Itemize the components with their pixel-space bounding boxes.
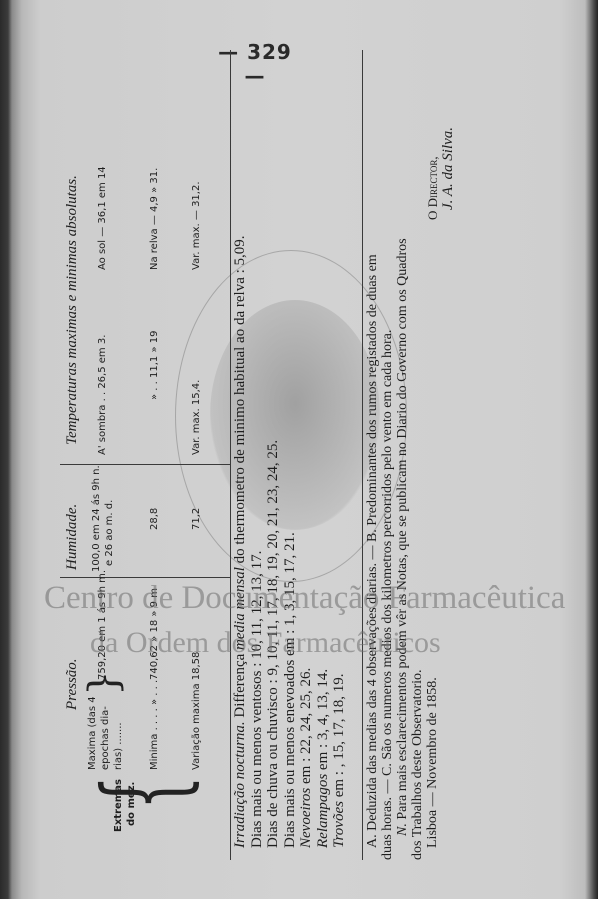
header-pressao: Pressão. (64, 658, 81, 710)
note-trabalhos: dos Trabalhos deste Observatorio. (410, 50, 425, 860)
maxima-temp-sombra: A' sombra . . 26,5 em 3. (96, 335, 109, 455)
outer-brace: { (88, 775, 198, 810)
signature-name: J. A. da Silva. (441, 127, 456, 210)
note-a-b: A. Deduzida das medias das 4 observações… (365, 50, 380, 860)
cloudy-days-line: Dias mais ou menos enevoados em : 1, 3, … (282, 50, 299, 860)
maxima-label: Maxima (das 4 epochas dia- rias) ....... (86, 696, 125, 770)
table-bottom-rule (230, 50, 231, 860)
column-divider-2 (60, 464, 230, 465)
scanned-page: — 329 — Pressão. Humidade. Temperaturas … (0, 0, 598, 899)
notes-section: A. Deduzida das medias das 4 observações… (365, 50, 480, 860)
fog-line: Nevoeiros em : 22, 24, 25, 26. (298, 50, 315, 860)
rain-days-line: Dias de chuva ou chuvisco : 9, 10, 11, 1… (265, 50, 282, 860)
meteorological-table: Pressão. Humidade. Temperaturas maximas … (60, 50, 230, 860)
maxima-temp-sol: Ao sol — 36,1 em 14 (96, 166, 109, 270)
header-humidade: Humidade. (64, 504, 81, 570)
header-temperaturas: Temperaturas maximas e minimas absolutas… (64, 175, 81, 445)
windy-days-line: Dias mais ou menos ventosos : 10, 11, 12… (249, 50, 266, 860)
minima-temp-relva: Na relva — 4,9 » 31. (148, 168, 161, 270)
note-n: N. Para mais esclarecimentos podem vêr a… (395, 50, 410, 860)
thunder-line: Trovões em : , 15, 17, 18, 19. (331, 50, 348, 860)
signature-title: O Director, (425, 156, 440, 220)
maxima-humidade: 100,0 em 24 ás 9h n. e 26 ao m. d. (90, 465, 116, 572)
minima-temp-sombra: » . . 11,1 » 19 (148, 331, 161, 400)
variacao-temp-sombra: Var. max. 15,4. (190, 380, 203, 455)
note-c: duas horas. — C. São os numeros medios d… (380, 50, 395, 860)
variacao-temp-sol: Var. max. — 31,2. (190, 181, 203, 270)
variacao-humidade: 71,2 (190, 508, 203, 530)
variacao-label: Variação maxima 18,58 (190, 652, 203, 770)
column-divider-1 (60, 577, 230, 578)
lightning-line: Relampagos em : 3, 4, 13, 14. (315, 50, 332, 860)
middle-bottom-rule (362, 50, 363, 860)
minima-label: Minima . . . . » . . . (148, 680, 161, 770)
rotated-content: Pressão. Humidade. Temperaturas maximas … (60, 50, 480, 860)
watermark-line-1: Centro de Documentação Farmacêutica (44, 580, 565, 617)
watermark-line-2: da Ordem dos Farmacêuticos (90, 626, 441, 660)
observations-paragraph: Irradiação nocturna. Differença media me… (232, 50, 362, 860)
minima-humidade: 28,8 (148, 508, 161, 530)
irradiacao-line: Irradiação nocturna. Differença media me… (232, 50, 249, 860)
